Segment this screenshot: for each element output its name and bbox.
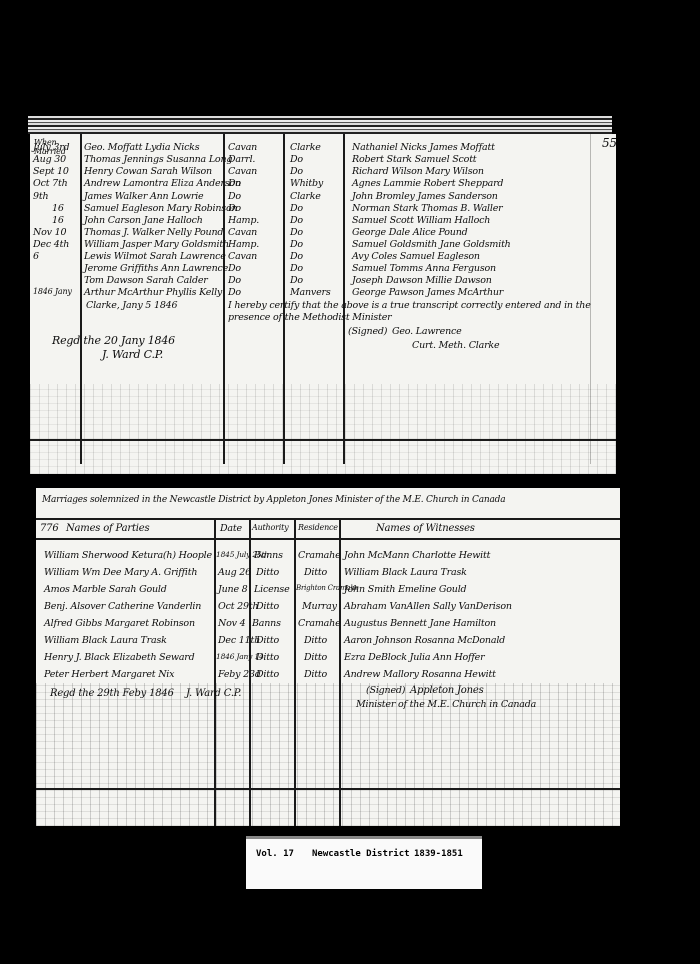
row-place: Do — [290, 251, 303, 262]
row-witnesses: George Pawson James McArthur — [352, 287, 503, 298]
row-rule — [36, 788, 620, 790]
caption-district: Newcastle District — [312, 849, 410, 859]
row-date: Dec 11th — [218, 635, 260, 646]
signed-label: (Signed) — [366, 685, 405, 696]
row-parties: William Sherwood Ketura(h) Hoople — [44, 550, 212, 561]
signer-title: Curt. Meth. Clarke — [412, 340, 499, 351]
row-witnesses: John Smith Emeline Gould — [344, 584, 466, 595]
row-rule — [36, 518, 620, 520]
book-binding-edge — [28, 116, 612, 134]
row-witnesses: Abraham VanAllen Sally VanDerison — [344, 601, 512, 612]
header-date: Date — [220, 523, 242, 534]
table-row: Henry J. Black Elizabeth Seward 1846 Jan… — [36, 652, 620, 668]
row-parties: Samuel Eagleson Mary Robinson — [84, 203, 237, 214]
table-row: 6 Lewis Wilmot Sarah Lawrence Cavan Do A… — [30, 251, 616, 262]
row-authority: License — [254, 584, 290, 595]
row-witnesses: Ezra DeBlock Julia Ann Hoffer — [344, 652, 484, 663]
row-residence: Do — [228, 263, 241, 274]
row-witnesses: Samuel Goldsmith Jane Goldsmith — [352, 239, 511, 250]
row-authority: Ditto — [256, 601, 279, 612]
row-residence: Do — [228, 191, 241, 202]
row-witnesses: Samuel Tomms Anna Ferguson — [352, 263, 496, 274]
row-rule — [30, 439, 616, 441]
table-row: 9th James Walker Ann Lowrie Do Clarke Jo… — [30, 191, 616, 202]
row-residence: Hamp. — [228, 215, 259, 226]
register-title: Marriages solemnized in the Newcastle Di… — [42, 494, 612, 506]
row-place: Clarke — [290, 191, 321, 202]
row-authority: Ditto — [256, 635, 279, 646]
table-row: Aug 30 Thomas Jennings Susanna Long Darr… — [30, 154, 616, 165]
table-row: 16 John Carson Jane Halloch Hamp. Do Sam… — [30, 215, 616, 226]
signer-title: Minister of the M.E. Church in Canada — [356, 699, 536, 710]
row-witnesses: George Dale Alice Pound — [352, 227, 468, 238]
table-row: William Black Laura Trask Dec 11th Ditto… — [36, 635, 620, 651]
row-residence: Cavan — [228, 166, 257, 177]
table-row: 16 Samuel Eagleson Mary Robinson Do Do N… — [30, 203, 616, 214]
row-witnesses: Norman Stark Thomas B. Waller — [352, 203, 503, 214]
row-residence: Cramahe — [298, 550, 341, 561]
table-row: Nov 10 Thomas J. Walker Nelly Pound Cava… — [30, 227, 616, 238]
row-date: 6 — [33, 251, 39, 262]
row-witnesses: John McMann Charlotte Hewitt — [344, 550, 490, 561]
table-row: 1846 Jany Arthur McArthur Phyllis Kelly … — [30, 287, 616, 298]
row-residence: Murray — [302, 601, 337, 612]
registered-note: Regd the 20 Jany 1846 — [52, 334, 175, 347]
table-row: Alfred Gibbs Margaret Robinson Nov 4 Ban… — [36, 618, 620, 634]
row-parties: Henry J. Black Elizabeth Seward — [44, 652, 195, 663]
entry-number: 776 — [40, 523, 59, 534]
row-witnesses: Samuel Scott William Halloch — [352, 215, 490, 226]
signer-name: Geo. Lawrence — [392, 326, 462, 337]
row-authority: Banns — [252, 618, 281, 629]
row-parties: Lewis Wilmot Sarah Lawrence — [84, 251, 226, 262]
table-row: Peter Herbert Margaret Nix Feby 23d Ditt… — [36, 669, 620, 685]
row-place: Do — [290, 263, 303, 274]
row-date: Nov 10 — [33, 227, 66, 238]
table-row: Jerome Griffiths Ann Lawrence Do Do Samu… — [30, 263, 616, 274]
table-row: William Sherwood Ketura(h) Hoople 1845 J… — [36, 550, 620, 566]
row-place: Do — [290, 203, 303, 214]
row-date: Sept 10 — [33, 166, 69, 177]
row-residence: Do — [228, 203, 241, 214]
caption-volume: Vol. 17 — [256, 849, 294, 859]
table-row: Sept 10 Henry Cowan Sarah Wilson Cavan D… — [30, 166, 616, 177]
microfilm-caption: Vol. 17 Newcastle District 1839-1851 — [246, 836, 482, 889]
registrar-signature: J. Ward C.P. — [102, 348, 163, 361]
row-parties: Andrew Lamontra Eliza Anderson — [84, 178, 241, 189]
row-date: Oct 7th — [33, 178, 68, 189]
row-parties: Arthur McArthur Phyllis Kelly — [84, 287, 222, 298]
table-row: Tom Dawson Sarah Calder Do Do Joseph Daw… — [30, 275, 616, 286]
row-authority: Ditto — [256, 567, 279, 578]
row-authority: Ditto — [256, 669, 279, 680]
row-date: Aug 30 — [33, 154, 66, 165]
registered-note: Regd the 29th Feby 1846 — [50, 688, 174, 699]
upper-register-page: 55 When Married July 3rd Geo. Moffatt Ly… — [30, 134, 616, 474]
row-residence: Do — [228, 275, 241, 286]
row-authority: Ditto — [256, 652, 279, 663]
table-row: July 3rd Geo. Moffatt Lydia Nicks Cavan … — [30, 142, 616, 153]
row-witnesses: John Bromley James Sanderson — [352, 191, 498, 202]
row-residence: Ditto — [304, 635, 327, 646]
registrar-signature: J. Ward C.P. — [186, 688, 241, 699]
row-parties: Thomas Jennings Susanna Long — [84, 154, 232, 165]
table-row: Benj. Alsover Catherine Vanderlin Oct 29… — [36, 601, 620, 617]
row-place: Do — [290, 215, 303, 226]
row-parties: Peter Herbert Margaret Nix — [44, 669, 174, 680]
row-witnesses: Agnes Lammie Robert Sheppard — [352, 178, 503, 189]
row-place: Clarke — [290, 142, 321, 153]
row-parties: William Black Laura Trask — [44, 635, 167, 646]
row-place: Do — [290, 166, 303, 177]
row-witnesses: Augustus Bennett Jane Hamilton — [344, 618, 496, 629]
header-authority: Authority — [252, 523, 288, 532]
certificate-text: I hereby certify that the above is a tru… — [228, 300, 608, 324]
row-date: Oct 29th — [218, 601, 258, 612]
header-names-of-witnesses: Names of Witnesses — [376, 523, 475, 534]
row-witnesses: Avy Coles Samuel Eagleson — [352, 251, 480, 262]
row-residence: Cramahe — [298, 618, 341, 629]
row-parties: Thomas J. Walker Nelly Pound — [84, 227, 223, 238]
row-date: July 3rd — [33, 142, 69, 153]
row-witnesses: Richard Wilson Mary Wilson — [352, 166, 484, 177]
row-place: Manvers — [290, 287, 331, 298]
row-parties: Amos Marble Sarah Gould — [44, 584, 167, 595]
row-witnesses: Andrew Mallory Rosanna Hewitt — [344, 669, 496, 680]
row-date: 16 — [52, 203, 64, 214]
header-residence: Residence — [298, 523, 338, 532]
row-residence: Ditto — [304, 567, 327, 578]
row-residence: Cavan — [228, 227, 257, 238]
header-names-of-parties: Names of Parties — [66, 523, 149, 534]
row-parties: William Wm Dee Mary A. Griffith — [44, 567, 197, 578]
row-place: Do — [290, 239, 303, 250]
signed-label: (Signed) — [348, 326, 387, 337]
row-parties: Jerome Griffiths Ann Lawrence — [84, 263, 228, 274]
row-residence: Ditto — [304, 652, 327, 663]
lower-register-page: Marriages solemnized in the Newcastle Di… — [36, 488, 620, 826]
row-parties: Alfred Gibbs Margaret Robinson — [44, 618, 195, 629]
row-authority: Banns — [254, 550, 283, 561]
row-place: Do — [290, 227, 303, 238]
row-date: June 8 — [218, 584, 248, 595]
row-parties: William Jasper Mary Goldsmith — [84, 239, 229, 250]
row-residence: Ditto — [304, 669, 327, 680]
row-parties: James Walker Ann Lowrie — [84, 191, 203, 202]
table-row: Dec 4th William Jasper Mary Goldsmith Ha… — [30, 239, 616, 250]
row-witnesses: William Black Laura Trask — [344, 567, 467, 578]
row-date: Dec 4th — [33, 239, 69, 250]
table-row: Oct 7th Andrew Lamontra Eliza Anderson D… — [30, 178, 616, 189]
row-date: 1846 Jany — [33, 287, 72, 296]
row-witnesses: Robert Stark Samuel Scott — [352, 154, 476, 165]
dated-line: Clarke, Jany 5 1846 — [86, 300, 177, 311]
paper-noise — [30, 384, 616, 474]
row-residence: Do — [228, 178, 241, 189]
row-place: Whitby — [290, 178, 323, 189]
row-date: 16 — [52, 215, 64, 226]
row-residence: Do — [228, 287, 241, 298]
row-place: Do — [290, 154, 303, 165]
row-date: 9th — [33, 191, 48, 202]
row-rule — [36, 538, 620, 540]
row-parties: John Carson Jane Halloch — [84, 215, 203, 226]
row-place: Do — [290, 275, 303, 286]
row-residence: Hamp. — [228, 239, 259, 250]
row-witnesses: Nathaniel Nicks James Moffatt — [352, 142, 495, 153]
table-row: William Wm Dee Mary A. Griffith Aug 26 D… — [36, 567, 620, 583]
row-parties: Henry Cowan Sarah Wilson — [84, 166, 212, 177]
caption-years: 1839-1851 — [414, 849, 463, 859]
row-date: Nov 4 — [218, 618, 245, 629]
table-row: Amos Marble Sarah Gould June 8 License B… — [36, 584, 620, 600]
row-parties: Geo. Moffatt Lydia Nicks — [84, 142, 199, 153]
signer-name: Appleton Jones — [410, 685, 484, 696]
row-witnesses: Joseph Dawson Millie Dawson — [352, 275, 492, 286]
row-witnesses: Aaron Johnson Rosanna McDonald — [344, 635, 505, 646]
row-residence: Cavan — [228, 142, 257, 153]
row-parties: Benj. Alsover Catherine Vanderlin — [44, 601, 201, 612]
row-residence: Darrl. — [228, 154, 255, 165]
row-date: Feby 23d — [218, 669, 261, 680]
row-parties: Tom Dawson Sarah Calder — [84, 275, 208, 286]
row-date: Aug 26 — [218, 567, 251, 578]
row-residence: Cavan — [228, 251, 257, 262]
